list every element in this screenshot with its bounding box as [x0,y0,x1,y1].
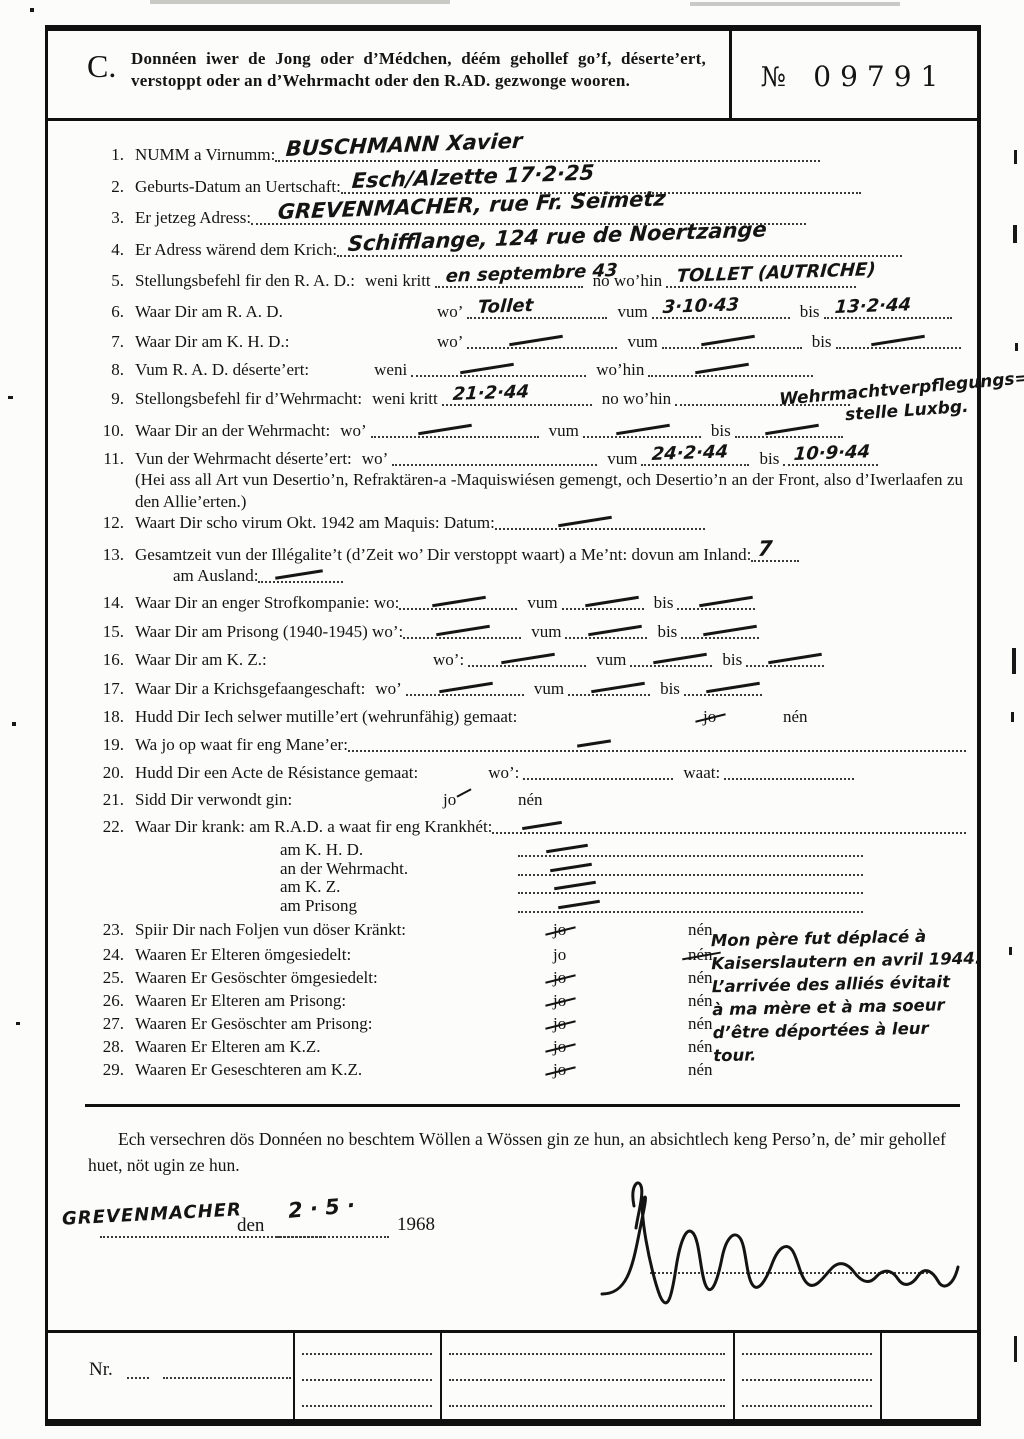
jo-option: jo [553,1014,566,1034]
question-label: Waar Dir am K. H. D.: [135,332,427,352]
field-label: vum [527,593,557,613]
handwritten-dash [585,596,639,607]
dotted-line [371,421,539,438]
handwritten-value: 3·10·43 [662,294,740,318]
handwritten-value: 7 [757,536,773,561]
border-left [45,25,48,1425]
question-subline: am Prisong [88,896,966,916]
field-label: wo’ [375,679,401,699]
dotted-line [724,763,854,780]
field-label: wo’ [437,332,463,352]
nen-option: nén [518,790,543,810]
scan-smudge [690,2,900,6]
question-label: Waaren Er Gesöschter ömgesiedelt: [135,968,378,988]
scan-artifact [1015,343,1018,351]
question-note: (Hei ass all Art vun Desertio’n, Refrakt… [135,469,963,513]
section-letter: C. [87,48,116,85]
field-label: wo’ [362,449,388,469]
margin-note-french: Mon père fut déplacé à Kaiserslautern en… [711,923,1024,1067]
border-top [45,25,980,31]
jo-option: jo [553,945,566,965]
signature [588,1172,968,1317]
scan-artifact [1014,1336,1017,1362]
dotted-line [518,877,863,894]
dotted-line [746,650,824,667]
question-row: 17.Waar Dir a Krichsgefaangeschaft:wo’vu… [88,679,966,699]
handwritten-value: 10·9·44 [793,441,871,465]
field-label: vum [534,679,564,699]
scan-artifact [1012,648,1016,674]
dotted-line: TOLLET (AUTRICHE) [666,271,856,288]
question-number: 15. [88,622,124,642]
handwritten-value: Tollet [477,295,534,318]
handwritten-dash [436,625,490,636]
question-number: 1. [88,145,124,165]
question-label: NUMM a Virnumm: [135,145,275,165]
handwritten-dash [501,653,555,664]
field-label: bis [657,622,677,642]
handwritten-value: BUSCHMANN Xavier [285,129,523,161]
dotted-line [648,360,813,377]
header-rule [47,118,977,121]
dotted-line [836,332,961,349]
nen-option: nén [688,1014,713,1034]
handwritten-dash [768,653,822,664]
cell-dotted-line [449,1379,725,1381]
question-label: Waar Dir am K. Z.: [135,650,423,670]
dotted-line [403,622,521,639]
nr-dotted-line [163,1377,291,1379]
dotted-line [258,566,343,583]
scan-artifact [30,8,34,12]
question-row: 16.Waar Dir am K. Z.:wo’:vumbis [88,650,966,670]
field-label: bis [711,421,731,441]
handwritten-dash [510,335,564,346]
dotted-line [399,593,517,610]
field-label: vum [617,302,647,322]
question-row: 22.Waar Dir krank: am R.A.D. a waat fir … [88,817,966,837]
cell-dotted-line [302,1353,432,1355]
question-label: Waaren Er Geseschteren am K.Z. [135,1060,362,1080]
question-label: Waaren Er Gesöschter am Prisong: [135,1014,373,1034]
jo-option: jo [703,707,716,727]
handwritten-dash [439,682,493,693]
question-subline: an der Wehrmacht. [88,859,966,879]
question-label: Waaren Er Elteren ömgesiedelt: [135,945,351,965]
question-number: 26. [88,991,124,1011]
field-label: bis [722,650,742,670]
question-label: Gesamtzeit vun der Illégalite’t (d’Zeit … [135,545,751,565]
dotted-line: 3·10·43 [652,302,790,319]
jo-option: jo [553,1060,566,1080]
dotted-line: 21·2·44 [442,389,592,406]
jo-option: jo [443,790,456,810]
border-right [977,25,981,1425]
field-label: vum [596,650,626,670]
dotted-line: 13·2·44 [824,302,952,319]
dotted-line [392,449,597,466]
nen-option: nén [688,945,713,965]
field-label: vum [607,449,637,469]
handwritten-dash [460,363,514,374]
question-number: 4. [88,240,124,260]
den-label: den [237,1215,264,1237]
dotted-line: BUSCHMANN Xavier [275,145,820,162]
dotted-line: 7 [751,545,799,562]
handwritten-dash [871,335,925,346]
question-row: 13.Gesamtzeit vun der Illégalite’t (d’Ze… [88,545,966,565]
question-row: 4.Er Adress wärend dem Krich:Schifflange… [88,240,966,260]
dotted-line [468,650,586,667]
jo-option: jo [553,920,566,940]
dotted-line [523,763,673,780]
question-row: 10.Waar Dir an der Wehrmacht:wo’vumbis [88,421,966,441]
question-row: 15.Waar Dir am Prisong (1940-1945) wo’:v… [88,622,966,642]
table-divider [440,1333,442,1425]
question-number: 19. [88,735,124,755]
handwritten-dash [616,424,670,435]
dotted-line [677,593,755,610]
nr-dotted-line [127,1377,149,1379]
field-label: vum [531,622,561,642]
handwritten-value: Esch/Alzette 17·2·25 [351,160,595,193]
question-label: Waaren Er Elteren am K.Z. [135,1037,321,1057]
question-subline: am K. Z. [88,877,966,897]
question-number: 7. [88,332,124,352]
question-row: 7.Waar Dir am K. H. D.:wo’vumbis [88,332,966,352]
dotted-line [630,650,712,667]
question-number: 12. [88,513,124,533]
cell-dotted-line [302,1379,432,1381]
dotted-line [735,421,843,438]
cell-dotted-line [742,1353,872,1355]
handwritten-dash [589,625,643,636]
dotted-line [495,513,705,530]
field-label: vum [627,332,657,352]
question-number: 14. [88,593,124,613]
handwritten-dash [703,625,757,636]
question-label: Sidd Dir verwondt gin: [135,790,292,810]
question-number: 5. [88,271,124,291]
nen-option: nén [688,991,713,1011]
dotted-line [565,622,647,639]
question-row: 14.Waar Dir an enger Strofkompanie: wo:v… [88,593,966,613]
field-label: am Ausland: [173,566,258,586]
field-label: wo’: [488,763,519,783]
handwritten-dash [699,596,753,607]
dotted-line: Tollet [467,302,607,319]
dotted-line [583,421,701,438]
dotted-line [518,896,863,913]
form-title: Donnéen iwer de Jong oder d’Médchen, déé… [131,48,706,93]
handwritten-dash [577,739,611,747]
question-number: 3. [88,208,124,228]
question-row: 5.Stellungsbefehl fir den R. A. D.:weni … [88,271,966,291]
handwritten-value: 24·2·44 [651,441,729,465]
dotted-line [518,840,863,857]
numero-sign: № [761,62,787,93]
question-row: 6.Waar Dir am R. A. D.wo’Tolletvum3·10·4… [88,302,966,322]
question-label: Waar Dir am Prisong (1940-1945) wo’: [135,622,403,642]
handwritten-value: TOLLET (AUTRICHE) [676,259,876,287]
question-number: 22. [88,817,124,837]
scan-artifact [12,722,16,726]
scan-artifact [1014,150,1017,164]
question-number: 18. [88,707,124,727]
question-number: 28. [88,1037,124,1057]
cell-dotted-line [742,1379,872,1381]
handwritten-dash [706,682,760,693]
handwritten-dash [701,335,755,346]
question-row: 20.Hudd Dir een Acte de Résistance gemaa… [88,763,966,783]
field-label: vum [549,421,579,441]
table-divider [880,1333,882,1425]
question-number: 20. [88,763,124,783]
field-label: wo’ [340,421,366,441]
handwritten-date: 2 · 5 · [287,1193,356,1223]
subline-label: am K. H. D. [280,840,363,860]
dotted-line [684,679,762,696]
scan-artifact [8,396,13,399]
cell-dotted-line [449,1405,725,1407]
cell-dotted-line [449,1353,725,1355]
question-label: Wa jo op waat fir eng Mane’er: [135,735,348,755]
handwritten-dash [558,516,612,527]
question-number: 13. [88,545,124,565]
dotted-line: 24·2·44 [641,449,749,466]
question-label: Waar Dir an der Wehrmacht: [135,421,330,441]
handwritten-dash [418,424,472,435]
question-label: Waar Dir an enger Strofkompanie: wo: [135,593,399,613]
dotted-line [411,360,586,377]
question-label: Waaren Er Elteren am Prisong: [135,991,346,1011]
table-divider [733,1333,735,1425]
question-label: Spiir Dir nach Foljen vun döser Kränkt: [135,920,406,940]
question-row: 12.Waart Dir scho virum Okt. 1942 am Maq… [88,513,966,533]
jo-option: jo [553,991,566,1011]
question-number: 9. [88,389,124,409]
nen-option: nén [783,707,808,727]
dotted-line: 10·9·44 [783,449,878,466]
field-label: bis [759,449,779,469]
scan-smudge [150,0,450,4]
dotted-line [681,622,759,639]
question-row: 11.Vun der Wehrmacht déserte’ert:wo’vum2… [88,449,966,469]
handwritten-dash [550,862,592,872]
question-number: 29. [88,1060,124,1080]
subline-label: am Prisong [280,896,357,916]
dotted-line: en septembre 43 [435,271,583,288]
question-label: Vun der Wehrmacht déserte’ert: [135,449,352,469]
dotted-line [492,817,966,834]
handwritten-place: GREVENMACHER [62,1199,243,1229]
question-row: 8.Vum R. A. D. déserte’ert:weniwo’hin [88,360,966,380]
scanned-form-page: C. Donnéen iwer de Jong oder d’Médchen, … [0,0,1024,1439]
handwritten-dash [433,596,487,607]
field-label: wo’hin [596,360,644,380]
question-label: Waar Dir krank: am R.A.D. a waat fir eng… [135,817,492,837]
question-row: 19.Wa jo op waat fir eng Mane’er: [88,735,966,755]
question-label: Hudd Dir Iech selwer mutille’ert (wehrun… [135,707,517,727]
question-row: 21.Sidd Dir verwondt gin:jonén [88,790,966,810]
question-row-continuation: am Ausland: [88,566,966,586]
field-label: weni kritt [372,389,438,409]
handwritten-dash [522,821,562,830]
question-number: 11. [88,449,124,469]
question-number: 17. [88,679,124,699]
dotted-line [348,735,966,752]
question-label: Stellungsbefehl fir den R. A. D.: [135,271,355,291]
question-number: 23. [88,920,124,940]
dotted-line [467,332,617,349]
nr-label: Nr. [89,1359,113,1381]
handwritten-dash [695,363,749,374]
field-label: bis [660,679,680,699]
question-number: 8. [88,360,124,380]
field-label: waat: [683,763,720,783]
subline-label: an der Wehrmacht. [280,859,408,879]
question-number: 24. [88,945,124,965]
question-label: Waart Dir scho virum Okt. 1942 am Maquis… [135,513,495,533]
subline-label: am K. Z. [280,877,340,897]
jo-option: jo [553,1037,566,1057]
field-label: wo’ [437,302,463,322]
question-number: 2. [88,177,124,197]
field-label: no wo’hin [602,389,671,409]
scan-artifact [1009,947,1012,955]
scan-artifact [1011,712,1014,722]
field-label: bis [812,332,832,352]
question-label: Vum R. A. D. déserte’ert: [135,360,309,380]
scan-artifact [16,1022,20,1025]
question-label: Waar Dir a Krichsgefaangeschaft: [135,679,365,699]
dotted-line: Schifflange, 124 rue de Noertzange [337,240,902,257]
field-label: wo’: [433,650,464,670]
handwritten-value: 21·2·44 [452,381,530,405]
nen-option: nén [688,968,713,988]
cell-dotted-line [302,1405,432,1407]
question-label: Geburts-Datum an Uertschaft: [135,177,341,197]
nen-option: nén [688,920,713,940]
footer-table: Nr. [45,1330,978,1425]
dotted-line [662,332,802,349]
question-number: 10. [88,421,124,441]
cell-dotted-line [742,1405,872,1407]
handwritten-dash [546,844,588,854]
question-label: Er Adress wärend dem Krich: [135,240,337,260]
dotted-line [568,679,650,696]
field-label: weni kritt [365,271,431,291]
section-rule [85,1104,960,1107]
question-number: 16. [88,650,124,670]
question-number: 21. [88,790,124,810]
field-label: bis [654,593,674,613]
question-label: Er jetzeg Adress: [135,208,251,228]
field-label: bis [800,302,820,322]
dotted-line [518,859,863,876]
scan-artifact [1013,225,1017,243]
nen-option: nén [688,1037,713,1057]
stamp-number: 09791 [813,60,947,93]
handwritten-value: 13·2·44 [834,294,912,318]
jo-option: jo [553,968,566,988]
handwritten-dash [554,881,596,891]
handwritten-dash [765,424,819,435]
nen-option: nén [688,1060,713,1080]
question-label: Stellongsbefehl fir d’Wehrmacht: [135,389,362,409]
stamp-number-box: № 09791 [729,60,979,93]
date-dotted-line [277,1236,389,1238]
question-row: 18.Hudd Dir Iech selwer mutille’ert (weh… [88,707,966,727]
question-number: 6. [88,302,124,322]
question-number: 27. [88,1014,124,1034]
dotted-line [406,679,524,696]
handwritten-dash [653,653,707,664]
field-label: weni [374,360,407,380]
question-label: Hudd Dir een Acte de Résistance gemaat: [135,763,418,783]
handwritten-dash [558,899,600,909]
dotted-line [562,593,644,610]
table-divider [293,1333,295,1425]
handwritten-dash [591,682,645,693]
question-label: Waar Dir am R. A. D. [135,302,427,322]
handwritten-dash [276,569,324,579]
question-number: 25. [88,968,124,988]
year-label: 1968 [397,1214,435,1236]
question-subline: am K. H. D. [88,840,966,860]
declaration-text: Ech versechren dös Donnéen no beschtem W… [88,1126,946,1179]
